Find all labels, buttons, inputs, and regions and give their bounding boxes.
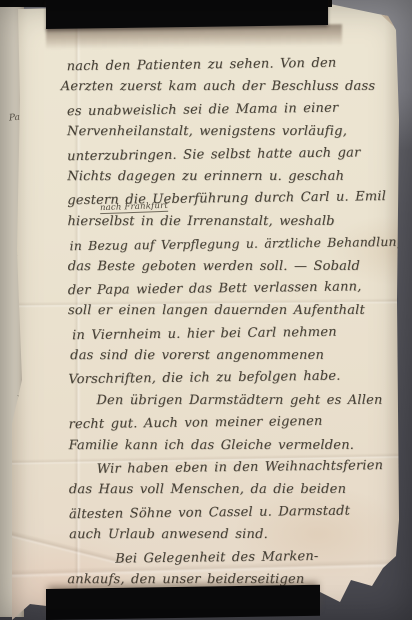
handwriting-line: in Bezug auf Verpflegung u. ärztliche Be…: [69, 231, 407, 258]
handwriting-line: recht gut. Auch von meiner eigenen: [68, 410, 408, 437]
handwriting-line: es unabweislich sei die Mama in einer: [67, 97, 407, 124]
handwriting-line: das sind die vorerst angenommenen: [70, 345, 408, 368]
handwriting-line: Nichts dagegen zu erinnern u. geschah: [67, 166, 407, 189]
handwriting-line: das Beste geboten werden soll. — Sobald: [68, 255, 408, 278]
handwriting-line: das Haus voll Menschen, da die beiden: [69, 479, 409, 502]
handwriting-line: Wir haben eben in den Weihnachtsferien: [69, 455, 409, 482]
handwriting-line: soll er einen langen dauernden Aufenthal…: [68, 300, 408, 323]
letter-page: nach den Patienten zu sehen. Von den Aer…: [12, 4, 404, 620]
handwriting-line: Den übrigen Darmstädtern geht es Allen: [68, 390, 408, 413]
photographed-letter: Pa. r t, n m, s nach den Patienten zu se…: [0, 0, 412, 620]
handwriting-line: Familie kann ich das Gleiche vermelden.: [69, 434, 409, 457]
bottom-mount-clamp: [46, 585, 320, 620]
handwriting-line: in Viernheim u. hier bei Carl nehmen: [72, 320, 408, 347]
handwriting-line: auch Urlaub anwesend sind.: [69, 524, 409, 547]
handwriting-line: der Papa wieder das Bett verlassen kann,: [68, 276, 408, 303]
handwriting-line: Vorschriften, die ich zu befolgen habe.: [68, 365, 408, 392]
top-mount-clamp: [46, 0, 328, 29]
handwriting-line: Aerzten zuerst kam auch der Beschluss da…: [61, 76, 407, 99]
handwritten-text: nach den Patienten zu sehen. Von den Aer…: [67, 53, 410, 592]
handwriting-line: nach den Patienten zu sehen. Von den: [67, 52, 407, 79]
handwriting-line: unterzubringen. Sie selbst hatte auch ga…: [67, 141, 407, 168]
handwriting-line: Nervenheilanstalt, wenigstens vorläufig,: [67, 121, 407, 144]
handwriting-line: ältesten Söhne von Cassel u. Darmstadt: [69, 500, 409, 527]
handwriting-line: Bei Gelegenheit des Marken-: [69, 544, 409, 571]
handwriting-line: hierselbst in die Irrenanstalt, weshalb: [67, 211, 407, 234]
